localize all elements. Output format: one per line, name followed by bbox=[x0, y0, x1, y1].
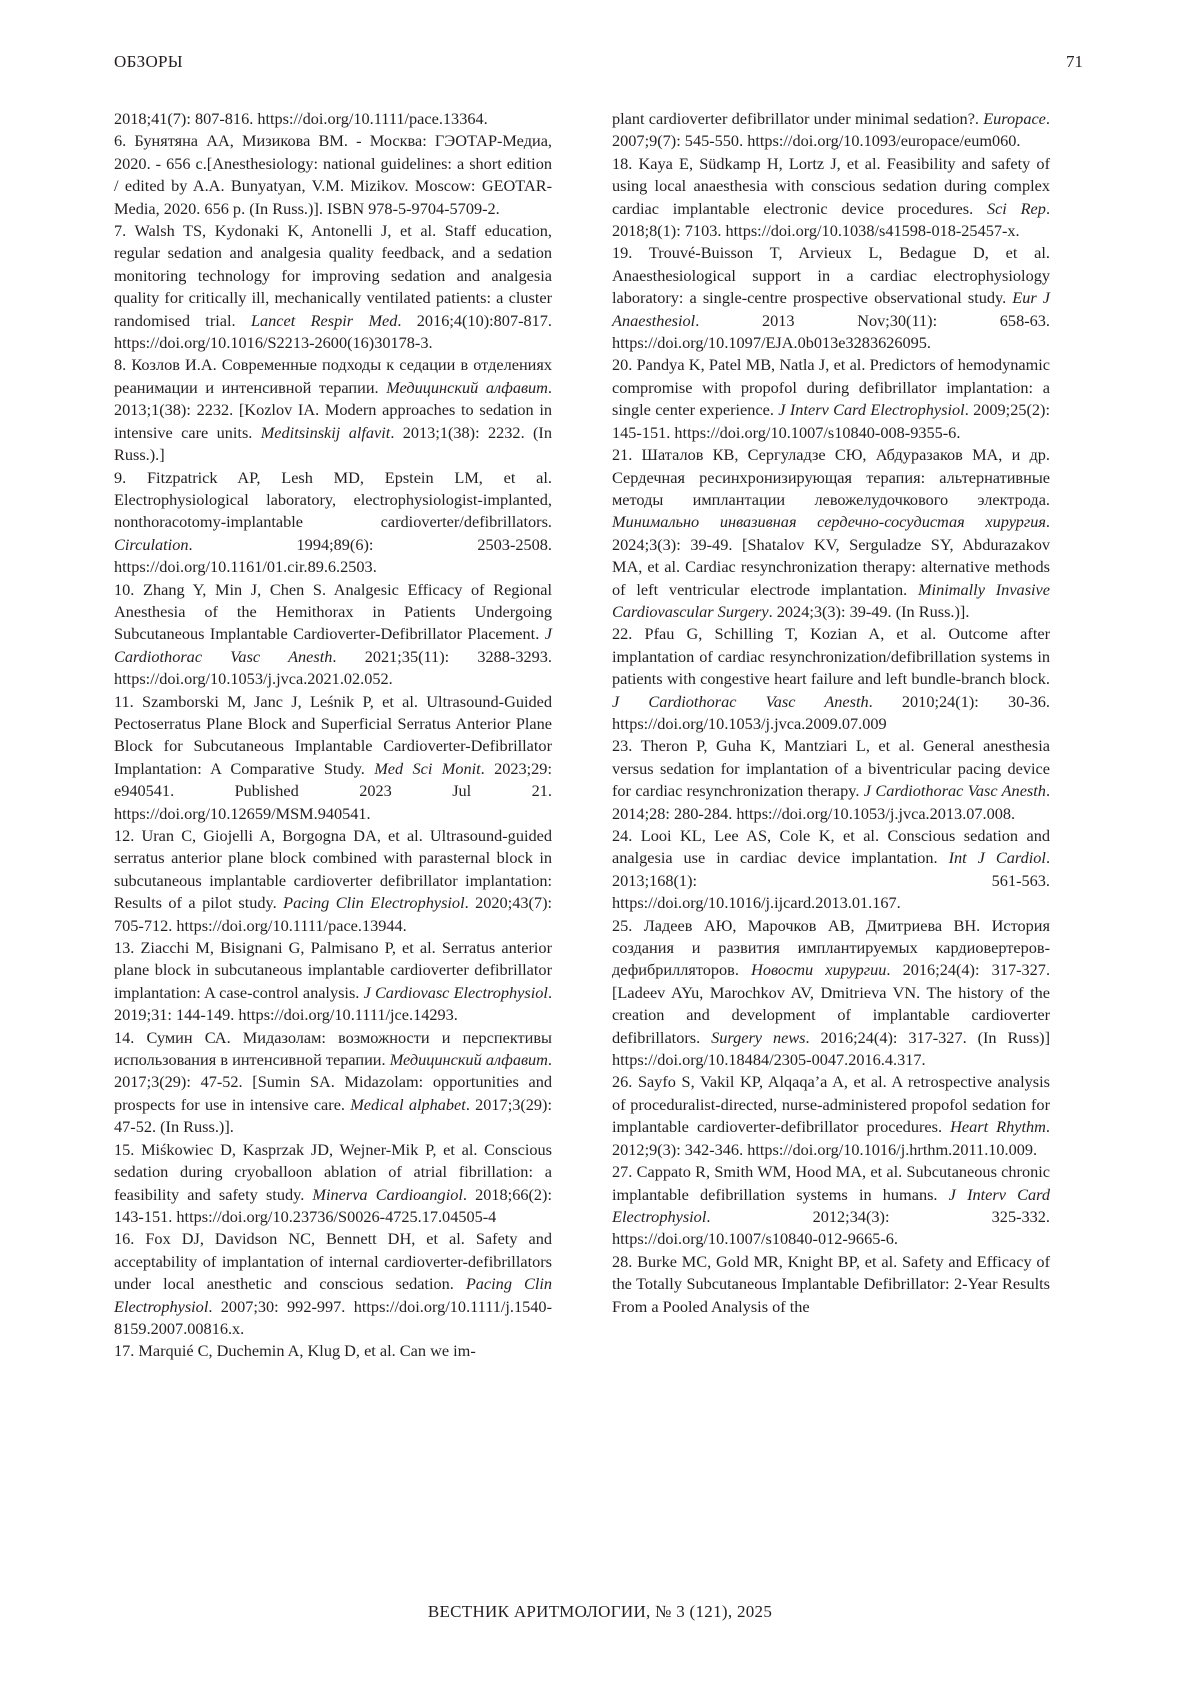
journal-title: Surgery news bbox=[711, 1028, 805, 1047]
reference-entry: 28. Burke MC, Gold MR, Knight BP, et al.… bbox=[612, 1251, 1050, 1318]
reference-text: 9. Fitzpatrick AP, Lesh MD, Epstein LM, … bbox=[114, 468, 552, 532]
journal-title: Минимально инвазивная сердечно-сосудиста… bbox=[612, 512, 1046, 531]
reference-entry: 13. Ziacchi M, Bisignani G, Palmisano P,… bbox=[114, 937, 552, 1027]
journal-title: Медицинский алфавит bbox=[390, 1050, 548, 1069]
reference-text: 10. Zhang Y, Min J, Chen S. Analgesic Ef… bbox=[114, 580, 552, 644]
journal-title: Медицинский алфавит bbox=[386, 378, 548, 397]
reference-entry: 25. Ладеев АЮ, Марочков АВ, Дмитриева ВН… bbox=[612, 915, 1050, 1072]
journal-title: Med Sci Monit bbox=[374, 759, 480, 778]
journal-title: Heart Rhythm bbox=[950, 1117, 1046, 1136]
reference-entry: 26. Sayfo S, Vakil KP, Alqaqa’a A, et al… bbox=[612, 1071, 1050, 1161]
reference-text: 18. Kaya E, Südkamp H, Lortz J, et al. F… bbox=[612, 154, 1050, 218]
page-number: 71 bbox=[1066, 52, 1083, 72]
reference-text: 19. Trouvé-Buisson T, Arvieux L, Bedague… bbox=[612, 243, 1050, 307]
journal-title: Meditsinskij alfavit bbox=[261, 423, 391, 442]
journal-title: Europace bbox=[983, 109, 1046, 128]
reference-entry: 20. Pandya K, Patel MB, Natla J, et al. … bbox=[612, 354, 1050, 444]
journal-title: J Cardiothorac Vasc Anesth bbox=[864, 781, 1046, 800]
reference-entry: 17. Marquié C, Duchemin A, Klug D, et al… bbox=[114, 1340, 552, 1362]
journal-title: Minerva Cardioangiol bbox=[312, 1185, 462, 1204]
reference-entry: 9. Fitzpatrick AP, Lesh MD, Epstein LM, … bbox=[114, 467, 552, 579]
journal-title: Pacing Clin Electrophysiol bbox=[283, 893, 464, 912]
reference-entry: 19. Trouvé-Buisson T, Arvieux L, Bedague… bbox=[612, 242, 1050, 354]
reference-entry: 21. Шаталов КВ, Сергуладзе СЮ, Абдуразак… bbox=[612, 444, 1050, 623]
reference-entry: 10. Zhang Y, Min J, Chen S. Analgesic Ef… bbox=[114, 579, 552, 691]
reference-text: 21. Шаталов КВ, Сергуладзе СЮ, Абдуразак… bbox=[612, 445, 1050, 509]
reference-entry: 18. Kaya E, Südkamp H, Lortz J, et al. F… bbox=[612, 153, 1050, 243]
reference-entry: 16. Fox DJ, Davidson NC, Bennett DH, et … bbox=[114, 1228, 552, 1340]
reference-entry: 22. Pfau G, Schilling T, Kozian A, et al… bbox=[612, 623, 1050, 735]
journal-title: Sci Rep bbox=[987, 199, 1046, 218]
journal-title: Lancet Respir Med bbox=[251, 311, 397, 330]
reference-entry: 7. Walsh TS, Kydonaki K, Antonelli J, et… bbox=[114, 220, 552, 354]
references-right-column: plant cardioverter defibrillator under m… bbox=[612, 108, 1050, 1318]
reference-entry: 27. Cappato R, Smith WM, Hood MA, et al.… bbox=[612, 1161, 1050, 1251]
reference-entry: 15. Miśkowiec D, Kasprzak JD, Wejner-Mik… bbox=[114, 1139, 552, 1229]
reference-text: . 2024;3(3): 39-49. (In Russ.)]. bbox=[769, 602, 970, 621]
reference-entry: 12. Uran C, Giojelli A, Borgogna DA, et … bbox=[114, 825, 552, 937]
reference-entry: 8. Козлов И.А. Современные подходы к сед… bbox=[114, 354, 552, 466]
running-header-section: ОБЗОРЫ bbox=[114, 52, 183, 72]
journal-title: Circulation bbox=[114, 535, 188, 554]
journal-title: J Interv Card Electrophysiol bbox=[778, 400, 964, 419]
reference-text: plant cardioverter defibrillator under m… bbox=[612, 109, 983, 128]
reference-text: 22. Pfau G, Schilling T, Kozian A, et al… bbox=[612, 624, 1050, 688]
reference-entry: 2018;41(7): 807-816. https://doi.org/10.… bbox=[114, 108, 552, 130]
reference-entry: 11. Szamborski M, Janc J, Leśnik P, et a… bbox=[114, 691, 552, 825]
journal-title: Medical alphabet bbox=[350, 1095, 466, 1114]
reference-entry: 6. Бунятяна АА, Мизикова ВМ. - Москва: Г… bbox=[114, 130, 552, 220]
journal-title: Int J Cardiol bbox=[949, 848, 1046, 867]
journal-title: J Cardiothorac Vasc Anesth bbox=[612, 692, 869, 711]
journal-title: Новости хирургии bbox=[751, 960, 886, 979]
reference-entry: 24. Looi KL, Lee AS, Cole K, et al. Cons… bbox=[612, 825, 1050, 915]
references-left-column: 2018;41(7): 807-816. https://doi.org/10.… bbox=[114, 108, 552, 1363]
journal-title: J Cardiovasc Electrophysiol bbox=[364, 983, 548, 1002]
reference-entry: 14. Сумин СА. Мидазолам: возможности и п… bbox=[114, 1027, 552, 1139]
reference-entry: 23. Theron P, Guha K, Mantziari L, et al… bbox=[612, 735, 1050, 825]
reference-entry: plant cardioverter defibrillator under m… bbox=[612, 108, 1050, 153]
running-footer-journal: ВЕСТНИК АРИТМОЛОГИИ, № 3 (121), 2025 bbox=[0, 1602, 1200, 1622]
